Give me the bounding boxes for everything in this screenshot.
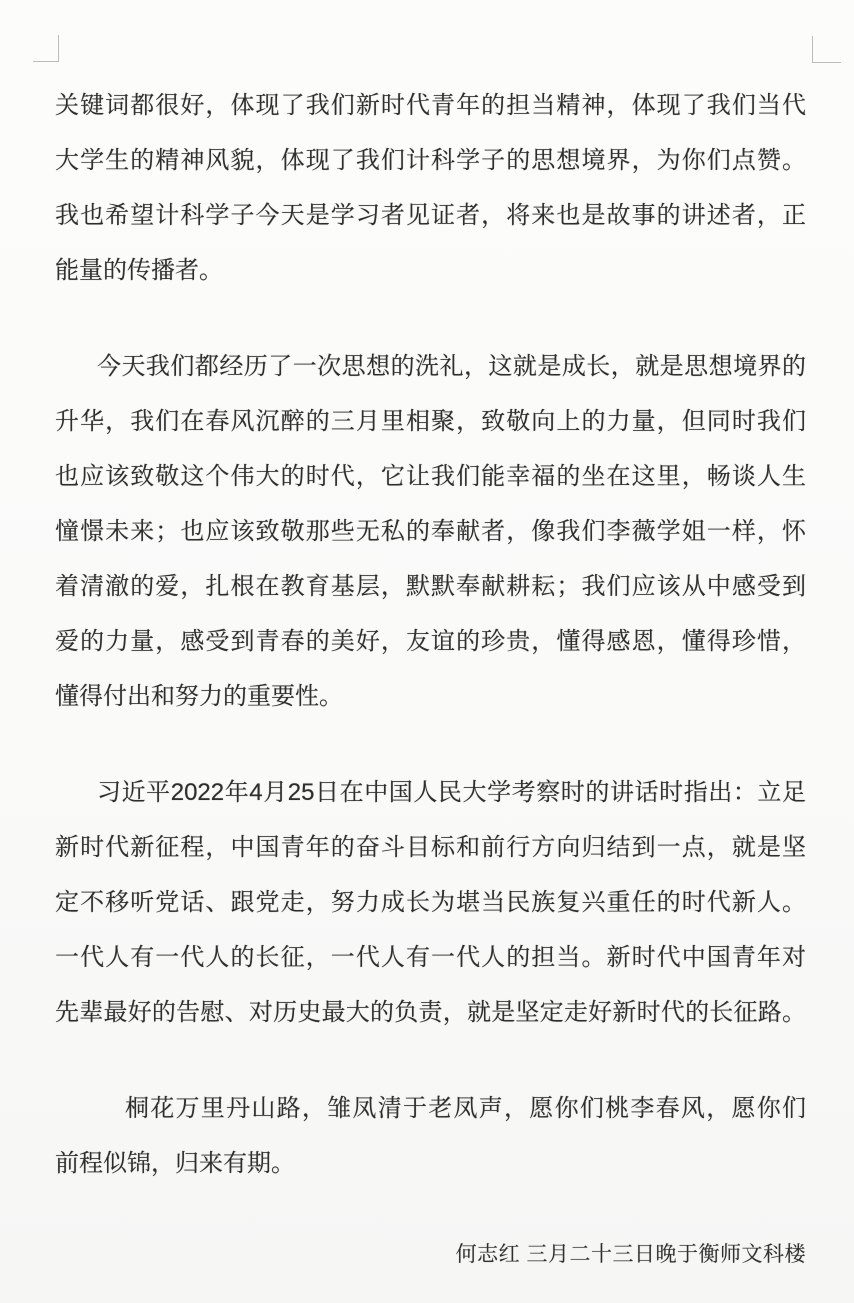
text-line: 懂得付出和努力的重要性。 <box>55 669 806 724</box>
text-line: 大学生的精神风貌，体现了我们计科学子的思想境界，为你们点赞。 <box>55 133 806 188</box>
paragraph-3: 习近平2022年4月25日在中国人民大学考察时的讲话时指出：立足新时代新征程，中… <box>55 765 806 1040</box>
paragraph-1: 关键词都很好，体现了我们新时代青年的担当精神，体现了我们当代大学生的精神风貌，体… <box>55 78 806 298</box>
text-line: 习近平2022年4月25日在中国人民大学考察时的讲话时指出：立足 <box>55 765 806 820</box>
text-line: 升华，我们在春风沉醉的三月里相聚，致敬向上的力量，但同时我们 <box>55 394 806 449</box>
text-line: 今天我们都经历了一次思想的洗礼，这就是成长，就是思想境界的 <box>55 339 806 394</box>
page-margin-corner-mark-top-left-icon <box>33 35 59 62</box>
text-line: 也应该致敬这个伟大的时代，它让我们能幸福的坐在这里，畅谈人生 <box>55 449 806 504</box>
text-line: 定不移听党话、跟党走，努力成长为堪当民族复兴重任的时代新人。 <box>55 875 806 930</box>
text-line: 前程似锦，归来有期。 <box>55 1136 806 1191</box>
page-margin-corner-mark-top-right-icon <box>812 36 841 63</box>
text-line: 先辈最好的告慰、对历史最大的负责，就是坚定走好新时代的长征路。 <box>55 985 806 1040</box>
text-line: 桐花万里丹山路，雏凤清于老凤声，愿你们桃李春风，愿你们 <box>55 1081 806 1136</box>
text-line: 一代人有一代人的长征，一代人有一代人的担当。新时代中国青年对 <box>55 930 806 985</box>
text-line: 着清澈的爱，扎根在教育基层，默默奉献耕耘；我们应该从中感受到 <box>55 559 806 614</box>
text-line: 爱的力量，感受到青春的美好，友谊的珍贵，懂得感恩，懂得珍惜， <box>55 614 806 669</box>
text-line: 能量的传播者。 <box>55 243 806 298</box>
paragraph-2: 今天我们都经历了一次思想的洗礼，这就是成长，就是思想境界的升华，我们在春风沉醉的… <box>55 339 806 724</box>
text-line: 我也希望计科学子今天是学习者见证者，将来也是故事的讲述者，正 <box>55 188 806 243</box>
text-line: 关键词都很好，体现了我们新时代青年的担当精神，体现了我们当代 <box>55 78 806 133</box>
text-line: 憧憬未来；也应该致敬那些无私的奉献者，像我们李薇学姐一样，怀 <box>55 504 806 559</box>
document-body: 关键词都很好，体现了我们新时代青年的担当精神，体现了我们当代大学生的精神风貌，体… <box>55 78 806 1269</box>
text-line: 新时代新征程，中国青年的奋斗目标和前行方向归结到一点，就是坚 <box>55 820 806 875</box>
signature-line: 何志红 三月二十三日晚于衡师文科楼 <box>55 1241 806 1269</box>
document-page: 关键词都很好，体现了我们新时代青年的担当精神，体现了我们当代大学生的精神风貌，体… <box>0 0 854 1303</box>
paragraph-4: 桐花万里丹山路，雏凤清于老凤声，愿你们桃李春风，愿你们前程似锦，归来有期。 <box>55 1081 806 1191</box>
